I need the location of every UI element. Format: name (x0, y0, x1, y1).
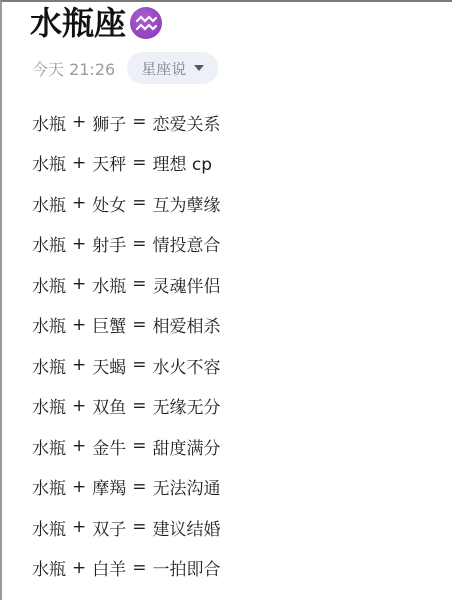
plus-sign: + (72, 193, 86, 213)
plus-sign: + (72, 396, 86, 416)
equals-sign: = (132, 517, 146, 537)
plus-sign: + (72, 558, 86, 578)
sign-right: 巨蟹 (92, 312, 126, 337)
plus-sign: + (72, 477, 86, 497)
sign-left: 水瓶 (32, 353, 66, 378)
list-item: 水瓶 + 射手 = 情投意合 (32, 224, 432, 265)
sign-right: 射手 (92, 231, 126, 256)
plus-sign: + (72, 274, 86, 294)
sign-left: 水瓶 (32, 312, 66, 337)
result: 无缘无分 (153, 393, 221, 418)
sign-right: 白羊 (92, 555, 126, 580)
result: 相爱相杀 (153, 312, 221, 337)
list-item: 水瓶 + 水瓶 = 灵魂伴侣 (32, 264, 432, 305)
list-item: 水瓶 + 摩羯 = 无法沟通 (32, 467, 432, 508)
timestamp: 今天 21:26 (32, 57, 115, 80)
sign-left: 水瓶 (32, 555, 66, 580)
compatibility-list: 水瓶 + 狮子 = 恋爱关系 水瓶 + 天秤 = 理想 cp 水瓶 + 处女 =… (32, 102, 432, 588)
list-item: 水瓶 + 金牛 = 甜度满分 (32, 426, 432, 467)
equals-sign: = (132, 153, 146, 173)
equals-sign: = (132, 234, 146, 254)
equals-sign: = (132, 396, 146, 416)
equals-sign: = (132, 193, 146, 213)
sign-left: 水瓶 (32, 272, 66, 297)
topic-chip-button[interactable]: 星座说 (127, 52, 218, 84)
plus-sign: + (72, 153, 86, 173)
sign-right: 处女 (92, 191, 126, 216)
sign-left: 水瓶 (32, 191, 66, 216)
sign-left: 水瓶 (32, 515, 66, 540)
topic-chip-label: 星座说 (141, 58, 186, 79)
result: 无法沟通 (153, 474, 221, 499)
plus-sign: + (72, 315, 86, 335)
page-title: 水瓶座 (30, 4, 126, 42)
equals-sign: = (132, 274, 146, 294)
sign-right: 双子 (92, 515, 126, 540)
list-item: 水瓶 + 白羊 = 一拍即合 (32, 548, 432, 589)
equals-sign: = (132, 315, 146, 335)
sign-left: 水瓶 (32, 150, 66, 175)
result: 理想 cp (153, 150, 213, 175)
equals-sign: = (132, 558, 146, 578)
meta-row: 今天 21:26 星座说 (32, 51, 218, 85)
result: 甜度满分 (153, 434, 221, 459)
list-item: 水瓶 + 天蝎 = 水火不容 (32, 345, 432, 386)
result: 恋爱关系 (153, 110, 221, 135)
result: 情投意合 (153, 231, 221, 256)
sign-right: 天秤 (92, 150, 126, 175)
plus-sign: + (72, 234, 86, 254)
list-item: 水瓶 + 双鱼 = 无缘无分 (32, 386, 432, 427)
title-row: 水瓶座 (30, 2, 162, 44)
sign-right: 水瓶 (92, 272, 126, 297)
equals-sign: = (132, 477, 146, 497)
sign-right: 天蝎 (92, 353, 126, 378)
result: 水火不容 (153, 353, 221, 378)
equals-sign: = (132, 112, 146, 132)
list-item: 水瓶 + 双子 = 建议结婚 (32, 507, 432, 548)
list-item: 水瓶 + 狮子 = 恋爱关系 (32, 102, 432, 143)
sign-right: 双鱼 (92, 393, 126, 418)
caret-down-icon (194, 65, 204, 71)
result: 灵魂伴侣 (153, 272, 221, 297)
plus-sign: + (72, 517, 86, 537)
sign-right: 摩羯 (92, 474, 126, 499)
aquarius-icon (130, 7, 162, 39)
sign-left: 水瓶 (32, 110, 66, 135)
result: 建议结婚 (153, 515, 221, 540)
sign-left: 水瓶 (32, 231, 66, 256)
equals-sign: = (132, 355, 146, 375)
sign-right: 狮子 (92, 110, 126, 135)
list-item: 水瓶 + 巨蟹 = 相爱相杀 (32, 305, 432, 346)
result: 互为孽缘 (153, 191, 221, 216)
plus-sign: + (72, 355, 86, 375)
sign-left: 水瓶 (32, 474, 66, 499)
list-item: 水瓶 + 处女 = 互为孽缘 (32, 183, 432, 224)
result: 一拍即合 (153, 555, 221, 580)
sign-right: 金牛 (92, 434, 126, 459)
equals-sign: = (132, 436, 146, 456)
plus-sign: + (72, 112, 86, 132)
plus-sign: + (72, 436, 86, 456)
sign-left: 水瓶 (32, 434, 66, 459)
sign-left: 水瓶 (32, 393, 66, 418)
list-item: 水瓶 + 天秤 = 理想 cp (32, 143, 432, 184)
